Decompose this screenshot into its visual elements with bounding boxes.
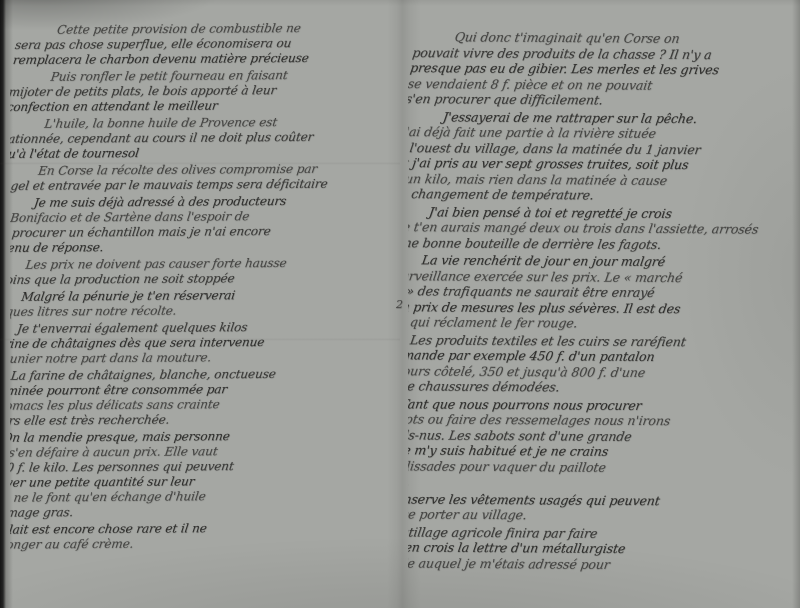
right-page-handwritten-text: Qui donc t'imaginait qu'en Corse onpouva…	[408, 29, 798, 573]
left-page: Cette petite provision de combustible ne…	[10, 0, 400, 608]
handwritten-line: qu'à l'état de tournesol	[10, 144, 382, 162]
handwritten-line: La vie renchérit de jour en jour malgré	[408, 252, 765, 270]
handwritten-line: fort bien se porter au village.	[408, 506, 727, 524]
handwritten-line: le gel et entravée par le mauvais temps …	[10, 176, 378, 194]
handwritten-line: faut pas songer au café crème.	[10, 535, 330, 553]
handwritten-line: au jardin.	[408, 473, 732, 491]
handwritten-line: des sabots ou faire des ressemelages nou…	[408, 411, 741, 429]
handwritten-line: confection en attendant le meilleur	[10, 97, 388, 115]
handwritten-line: d'ailleurs elle est très recherchée.	[10, 411, 346, 429]
handwritten-line: paire de chaussures démodées.	[408, 378, 746, 396]
handwritten-line: remplacera le charbon devenu matière pré…	[12, 50, 394, 68]
handwritten-line: utilité. Je m'y suis habitué et je ne cr…	[408, 442, 737, 460]
right-page: Qui donc t'imaginait qu'en Corse onpouva…	[408, 0, 800, 608]
handwritten-line: pas les glissades pour vaquer du paillot…	[408, 457, 734, 475]
handwritten-line: gens, qui réclament le fer rouge.	[408, 314, 756, 332]
manuscript-scan: Cette petite provision de combustible ne…	[0, 0, 800, 608]
handwritten-line: que t'en aurais mangé deux ou trois dans…	[408, 219, 770, 237]
handwritten-line: de Marseille auquel je m'étais adressé p…	[408, 554, 720, 572]
left-page-handwritten-text: Cette petite provision de combustible ne…	[10, 20, 398, 553]
handwritten-line: et j'ai pris au ver sept grosses truites…	[408, 155, 779, 173]
handwritten-line: noir » des trafiquants ne saurait être e…	[408, 283, 760, 301]
handwritten-line: à moins que la production ne soit stoppé…	[10, 270, 365, 288]
handwritten-line: d'une bonne bouteille de derrière les fa…	[408, 234, 767, 252]
handwritten-line: quelques litres sur notre récolte.	[10, 302, 361, 320]
handwritten-line: du changement de température.	[408, 186, 774, 204]
handwritten-line: au meunier notre part dans la mouture.	[10, 349, 354, 367]
handwritten-line: s'en procurer que difficilement.	[408, 91, 788, 109]
handwritten-line: obtenu de réponse.	[10, 238, 369, 256]
handwritten-line: on demande par exemple 450 f. d'un panta…	[408, 347, 751, 365]
handwritten-line: défaut si j'en crois la lettre d'un méta…	[408, 539, 722, 557]
handwritten-line: ou de fromage gras.	[10, 503, 334, 521]
page-number-mark: 2	[396, 298, 403, 311]
